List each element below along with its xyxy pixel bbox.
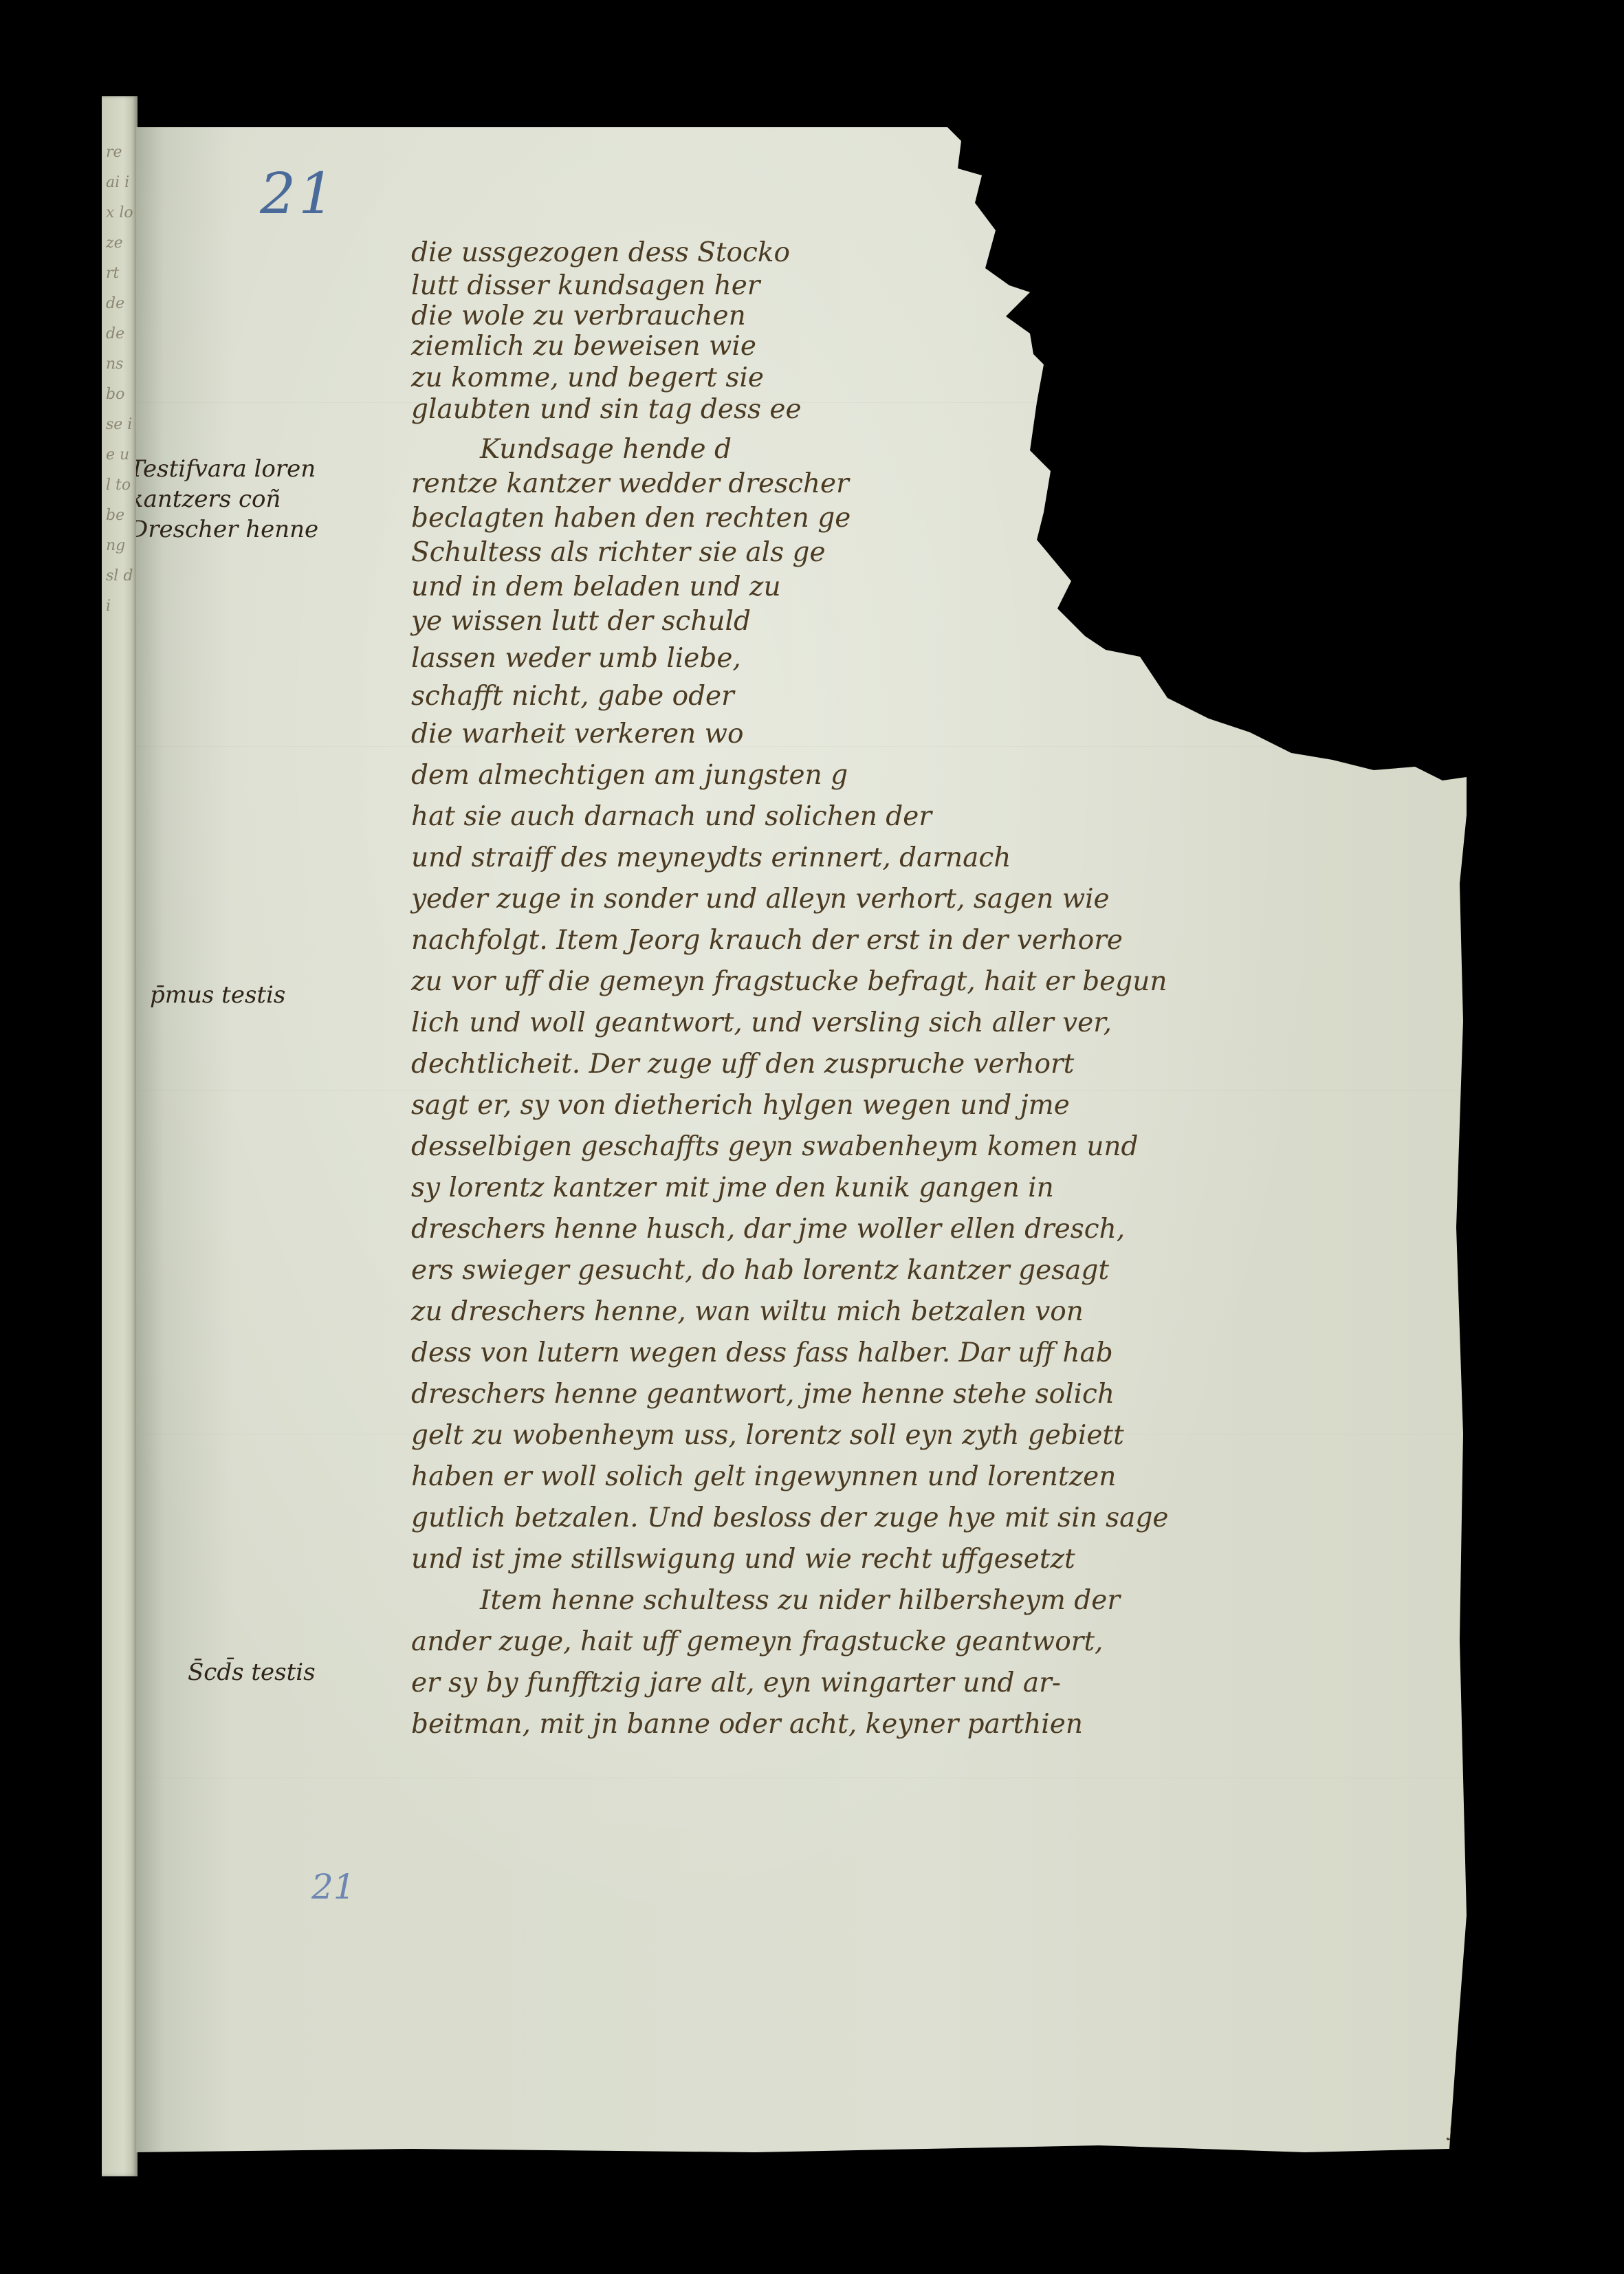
text-line: zu vor uff die gemeyn fragstucke befragt… [411,966,1167,997]
text-line: ziemlich zu beweisen wie [411,331,756,362]
text-line: yeder zuge in sonder und alleyn verhort,… [411,884,1110,915]
text-line: dechtlicheit. Der zuge uff den zuspruche… [411,1049,1074,1080]
text-line: haben er woll solich gelt ingewynnen und… [411,1461,1116,1492]
margin-note-line: p̄mus testis [150,980,285,1010]
corner-mark: ∫ [1446,2118,1457,2142]
text-line: die wole zu verbrauchen [411,300,746,331]
text-line: nachfolgt. Item Jeorg krauch der erst in… [411,925,1123,956]
text-line: ander zuge, hait uff gemeyn fragstucke g… [411,1626,1103,1657]
text-line: Kundsage hende d [411,434,732,465]
text-line: dreschers henne geantwort, jme henne ste… [411,1379,1115,1410]
margin-note-primus-testis: p̄mus testis [150,980,285,1010]
text-line: lassen weder umb liebe, [411,643,741,674]
previous-page-text-fragments: re ai ix lo ze rt de de ns bo se ie ul t… [106,138,133,622]
text-line: glaubten und sin tag dess ee [411,394,802,425]
previous-page-edge: re ai ix lo ze rt de de ns bo se ie ul t… [102,96,138,2176]
text-line: dreschers henne husch, dar jme woller el… [411,1214,1125,1245]
text-line: rentze kantzer wedder drescher [411,468,849,499]
text-line: die ussgezogen dess Stocko [411,237,790,268]
margin-note-line: S̄cd̄s testis [188,1657,316,1687]
margin-note-testificatio: Testifvara loren kantzers coñ Drescher … [129,454,318,545]
text-line: sy lorentz kantzer mit jme den kunik gan… [411,1172,1054,1203]
text-line: ers swieger gesucht, do hab lorentz kant… [411,1255,1109,1286]
text-line: er sy by funfftzig jare alt, eyn wingart… [411,1668,1061,1698]
text-line: die warheit verkeren wo [411,719,744,750]
text-line: lutt disser kundsagen her [411,270,760,301]
folio-number: 21 [260,162,337,227]
scan-background: re ai ix lo ze rt de de ns bo se ie ul t… [0,0,1624,2274]
margin-note-secundus-testis: S̄cd̄s testis [188,1657,316,1687]
text-line: und straiff des meyneydts erinnert, darn… [411,842,1011,873]
text-line: schafft nicht, gabe oder [411,681,734,712]
text-line: und ist jme stillswigung und wie recht u… [411,1544,1075,1575]
bottom-folio-number: 21 [311,1867,355,1907]
text-line: zu dreschers henne, wan wiltu mich betza… [411,1296,1084,1327]
margin-note-line: kantzers coñ [129,484,318,514]
manuscript-page: 21 Testifvara loren kantzers coñ Dresch… [136,127,1467,2152]
text-line: sagt er, sy von dietherich hylgen wegen … [411,1090,1070,1121]
text-line: beclagten haben den rechten ge [411,503,851,534]
margin-note-line: Drescher henne [129,514,318,545]
text-line: ye wissen lutt der schuld [411,606,751,637]
text-line: lich und woll geantwort, und versling si… [411,1007,1112,1038]
text-line: Item henne schultess zu nider hilbershey… [411,1585,1120,1616]
text-line: zu komme, und begert sie [411,362,764,393]
text-line: gelt zu wobenheym uss, lorentz soll eyn … [411,1420,1124,1451]
margin-note-line: Testifvara loren [129,454,318,484]
text-line: dem almechtigen am jungsten g [411,760,848,791]
text-line: gutlich betzalen. Und besloss der zuge h… [411,1502,1168,1533]
text-line: Schultess als richter sie als ge [411,537,826,568]
text-line: und in dem beladen und zu [411,571,781,602]
text-line: dess von lutern wegen dess fass halber. … [411,1337,1113,1368]
text-line: beitman, mit jn banne oder acht, keyner … [411,1709,1083,1740]
text-line: desselbigen geschaffts geyn swabenheym k… [411,1131,1139,1162]
text-line: hat sie auch darnach und solichen der [411,801,932,832]
